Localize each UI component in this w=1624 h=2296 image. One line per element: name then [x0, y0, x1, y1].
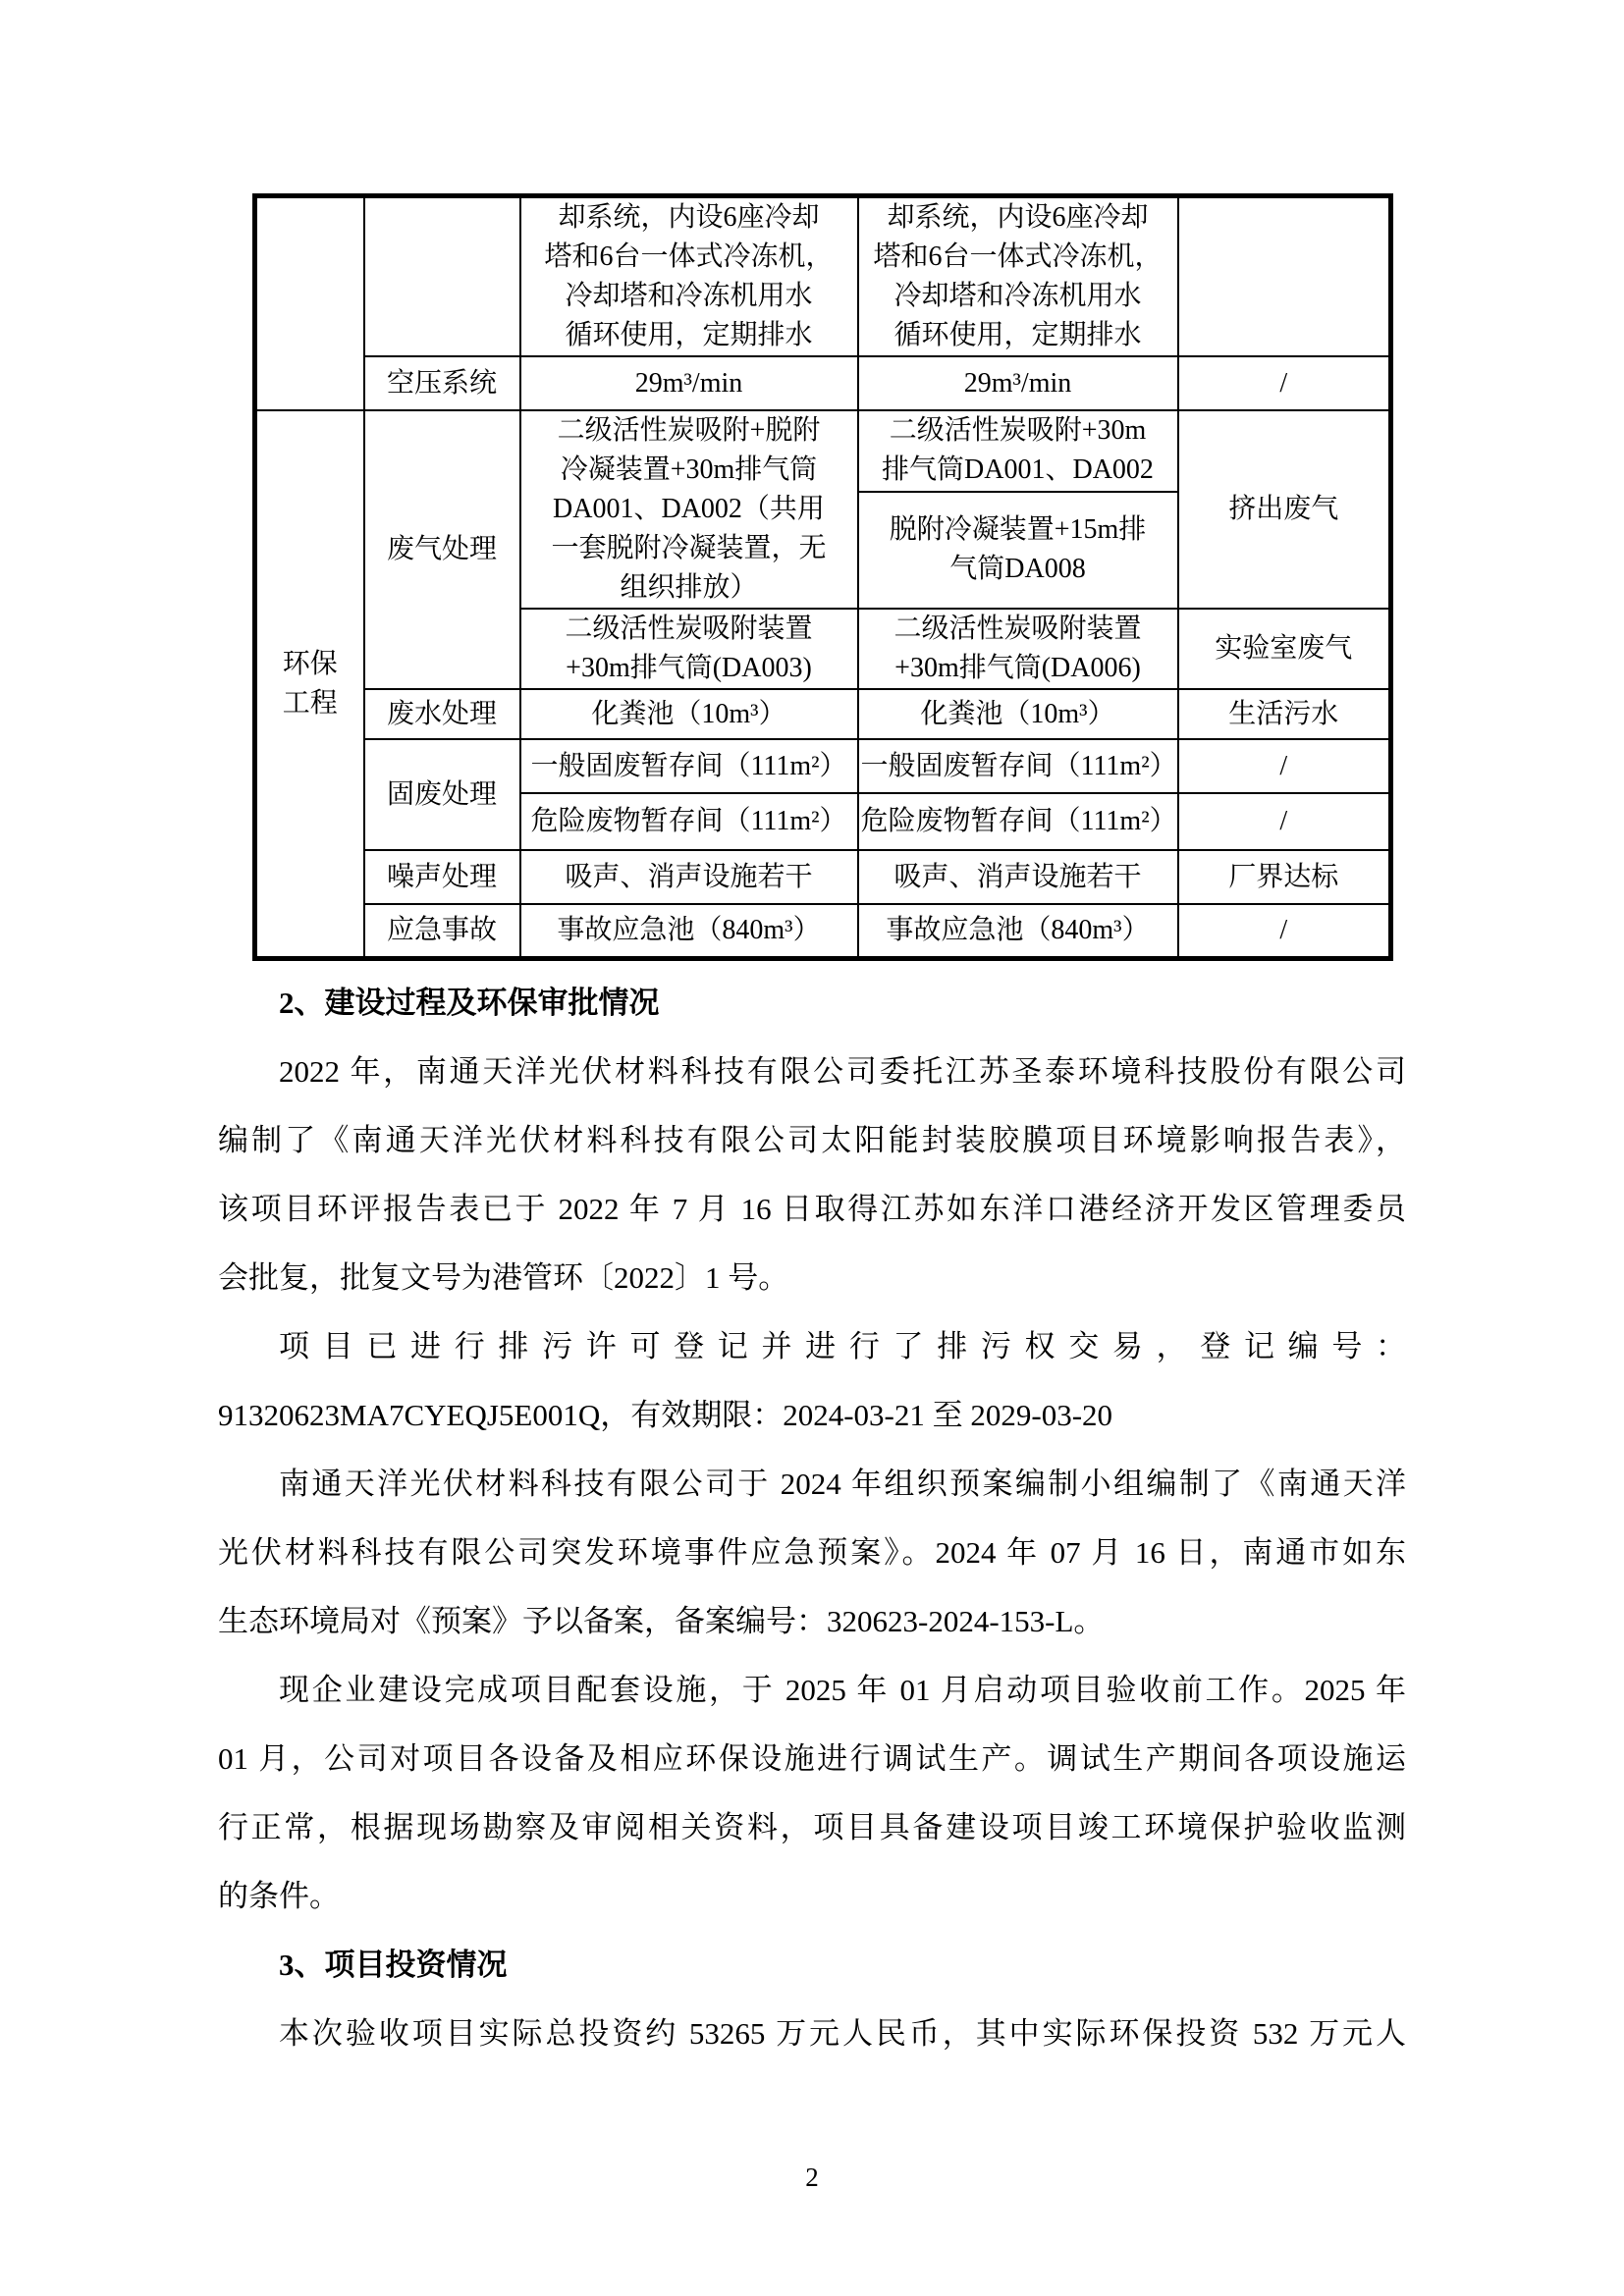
cell-waste-water-asbuilt: 化粪池（10m³） — [520, 689, 858, 739]
page-number: 2 — [0, 2158, 1624, 2197]
body-line: 生态环境局对《预案》予以备案，备案编号：320623-2024-153-L。 — [218, 1587, 1406, 1656]
body-line: 编制了《南通天洋光伏材料科技有限公司太阳能封装胶膜项目环境影响报告表》， — [218, 1106, 1406, 1175]
document-page: 却系统，内设6座冷却 塔和6台一体式冷冻机， 冷却塔和冷冻机用水 循环使用，定期… — [0, 0, 1624, 2296]
table-row: 环保 工程 废气处理 二级活性炭吸附+脱附 冷凝装置+30m排气筒 DA001、… — [255, 410, 1391, 492]
cell-noise-label: 噪声处理 — [364, 850, 520, 904]
body-line: 光伏材料科技有限公司突发环境事件应急预案》。2024 年 07 月 16 日，南… — [218, 1519, 1406, 1587]
table-row: 固废处理 一般固废暂存间（111m²） 一般固废暂存间（111m²） / — [255, 739, 1391, 793]
cell-emergency-label: 应急事故 — [364, 904, 520, 959]
cell-waste-gas-1-asbuilt: 二级活性炭吸附+脱附 冷凝装置+30m排气筒 DA001、DA002（共用 一套… — [520, 410, 858, 609]
cell-waste-gas-1a-approved: 二级活性炭吸附+30m 排气筒DA001、DA002 — [858, 410, 1178, 492]
table-row: 应急事故 事故应急池（840m³） 事故应急池（840m³） / — [255, 904, 1391, 959]
table-row: 噪声处理 吸声、消声设施若干 吸声、消声设施若干 厂界达标 — [255, 850, 1391, 904]
cell-empty-remark — [1178, 196, 1391, 357]
body-line: 的条件。 — [218, 1862, 1406, 1931]
cell-cooling-asbuilt: 却系统，内设6座冷却 塔和6台一体式冷冻机， 冷却塔和冷冻机用水 循环使用，定期… — [520, 196, 858, 357]
cell-waste-water-approved: 化粪池（10m³） — [858, 689, 1178, 739]
cell-noise-approved: 吸声、消声设施若干 — [858, 850, 1178, 904]
section-2-heading: 2、建设过程及环保审批情况 — [218, 969, 1406, 1038]
cell-solid-waste-2-remark: / — [1178, 793, 1391, 850]
cell-env-protection-group-label: 环保 工程 — [255, 410, 364, 959]
body-line: 现企业建设完成项目配套设施，于 2025 年 01 月启动项目验收前工作。202… — [218, 1656, 1406, 1725]
cell-waste-gas-label: 废气处理 — [364, 410, 520, 689]
cell-solid-waste-1-remark: / — [1178, 739, 1391, 793]
cell-waste-gas-1b-approved: 脱附冷凝装置+15m排 气筒DA008 — [858, 492, 1178, 609]
body-line: 会批复，批复文号为港管环〔2022〕1 号。 — [218, 1244, 1406, 1312]
cell-solid-waste-1-approved: 一般固废暂存间（111m²） — [858, 739, 1178, 793]
body-text: 2、建设过程及环保审批情况 2022 年，南通天洋光伏材料科技有限公司委托江苏圣… — [218, 969, 1406, 2068]
cell-noise-asbuilt: 吸声、消声设施若干 — [520, 850, 858, 904]
table-row: 空压系统 29m³/min 29m³/min / — [255, 356, 1391, 410]
cell-emergency-asbuilt: 事故应急池（840m³） — [520, 904, 858, 959]
section-3-heading: 3、项目投资情况 — [218, 1931, 1406, 2000]
cell-waste-water-label: 废水处理 — [364, 689, 520, 739]
cell-solid-waste-2-approved: 危险废物暂存间（111m²） — [858, 793, 1178, 850]
cell-emergency-approved: 事故应急池（840m³） — [858, 904, 1178, 959]
cell-cooling-approved: 却系统，内设6座冷却 塔和6台一体式冷冻机， 冷却塔和冷冻机用水 循环使用，定期… — [858, 196, 1178, 357]
body-line: 项目已进行排污许可登记并进行了排污权交易，登记编号： — [218, 1312, 1406, 1381]
facilities-continuation-table: 却系统，内设6座冷却 塔和6台一体式冷冻机， 冷却塔和冷冻机用水 循环使用，定期… — [252, 193, 1393, 961]
cell-empty-label — [364, 196, 520, 357]
cell-air-system-asbuilt: 29m³/min — [520, 356, 858, 410]
body-line: 行正常，根据现场勘察及审阅相关资料，项目具备建设项目竣工环境保护验收监测 — [218, 1793, 1406, 1862]
cell-waste-gas-2-asbuilt: 二级活性炭吸附装置 +30m排气筒(DA003) — [520, 609, 858, 689]
cell-air-system-approved: 29m³/min — [858, 356, 1178, 410]
body-line: 南通天洋光伏材料科技有限公司于 2024 年组织预案编制小组编制了《南通天洋 — [218, 1450, 1406, 1519]
cell-air-system-label: 空压系统 — [364, 356, 520, 410]
body-line: 91320623MA7CYEQJ5E001Q，有效期限：2024-03-21 至… — [218, 1381, 1406, 1450]
table-row: 却系统，内设6座冷却 塔和6台一体式冷冻机， 冷却塔和冷冻机用水 循环使用，定期… — [255, 196, 1391, 357]
body-line: 该项目环评报告表已于 2022 年 7 月 16 日取得江苏如东洋口港经济开发区… — [218, 1175, 1406, 1244]
cell-noise-remark: 厂界达标 — [1178, 850, 1391, 904]
cell-air-system-remark: / — [1178, 356, 1391, 410]
cell-empty-group — [255, 196, 364, 411]
cell-solid-waste-1-asbuilt: 一般固废暂存间（111m²） — [520, 739, 858, 793]
body-line: 2022 年，南通天洋光伏材料科技有限公司委托江苏圣泰环境科技股份有限公司 — [218, 1038, 1406, 1106]
cell-solid-waste-label: 固废处理 — [364, 739, 520, 850]
cell-waste-gas-2-approved: 二级活性炭吸附装置 +30m排气筒(DA006) — [858, 609, 1178, 689]
cell-waste-gas-2-remark: 实验室废气 — [1178, 609, 1391, 689]
body-line: 本次验收项目实际总投资约 53265 万元人民币，其中实际环保投资 532 万元… — [218, 2000, 1406, 2068]
body-line: 01 月，公司对项目各设备及相应环保设施进行调试生产。调试生产期间各项设施运 — [218, 1725, 1406, 1793]
cell-solid-waste-2-asbuilt: 危险废物暂存间（111m²） — [520, 793, 858, 850]
cell-waste-gas-1-remark: 挤出废气 — [1178, 410, 1391, 609]
cell-waste-water-remark: 生活污水 — [1178, 689, 1391, 739]
cell-emergency-remark: / — [1178, 904, 1391, 959]
table-row: 废水处理 化粪池（10m³） 化粪池（10m³） 生活污水 — [255, 689, 1391, 739]
